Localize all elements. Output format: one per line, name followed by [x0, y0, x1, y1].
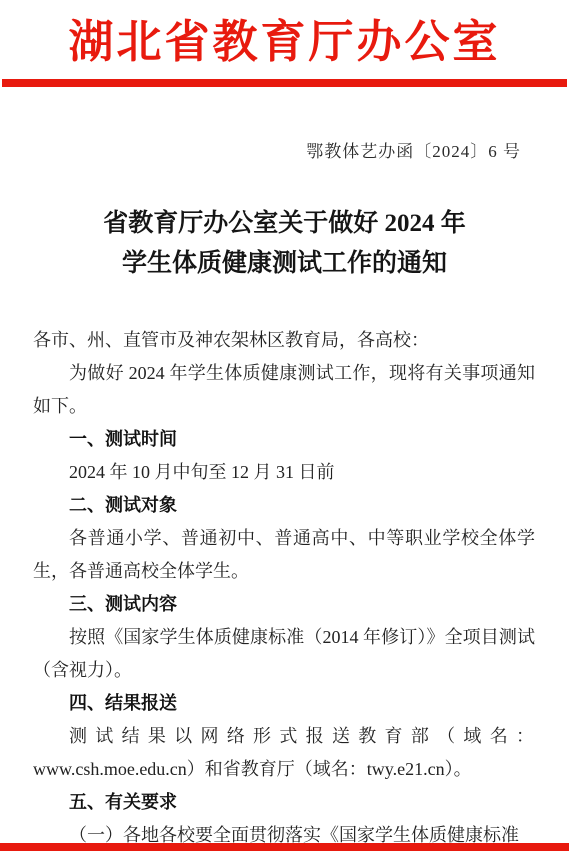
body-line: 三、测试内容: [33, 588, 535, 621]
body-line: 各市、州、直管市及神农架林区教育局，各高校：: [33, 324, 535, 357]
document-number: 鄂教体艺办函〔2024〕6 号: [0, 137, 569, 162]
body-line: 二、测试对象: [33, 489, 535, 522]
document-body: 各市、州、直管市及神农架林区教育局，各高校： 为做好 2024 年学生体质健康测…: [0, 324, 569, 852]
body-line: 为做好 2024 年学生体质健康测试工作，现将有关事项通知: [33, 357, 535, 390]
letterhead-divider-rule: [2, 79, 567, 87]
body-line: www.csh.moe.edu.cn）和省教育厅（域名：twy.e21.cn）。: [33, 753, 535, 786]
body-line: 生，各普通高校全体学生。: [33, 555, 535, 588]
document-page: 湖北省教育厅办公室 鄂教体艺办函〔2024〕6 号 省教育厅办公室关于做好 20…: [0, 0, 569, 859]
body-line: 四、结果报送: [33, 687, 535, 720]
body-line: 按照《国家学生体质健康标准（2014 年修订）》全项目测试: [33, 621, 535, 654]
document-title-line-2: 学生体质健康测试工作的通知: [0, 244, 569, 284]
body-line: 一、测试时间: [33, 423, 535, 456]
body-line: 测试结果以网络形式报送教育部（域名：: [33, 720, 535, 753]
document-title: 省教育厅办公室关于做好 2024 年 学生体质健康测试工作的通知: [0, 204, 569, 284]
body-line: 五、有关要求: [33, 786, 535, 819]
body-line: 2024 年 10 月中旬至 12 月 31 日前: [33, 456, 535, 489]
body-line: 如下。: [33, 390, 535, 423]
footer-divider-rule: [0, 843, 569, 851]
letterhead-org-name: 湖北省教育厅办公室: [0, 0, 569, 70]
body-line: 各普通小学、普通初中、普通高中、中等职业学校全体学: [33, 522, 535, 555]
document-title-line-1: 省教育厅办公室关于做好 2024 年: [0, 204, 569, 244]
body-line: （含视力）。: [33, 654, 535, 687]
